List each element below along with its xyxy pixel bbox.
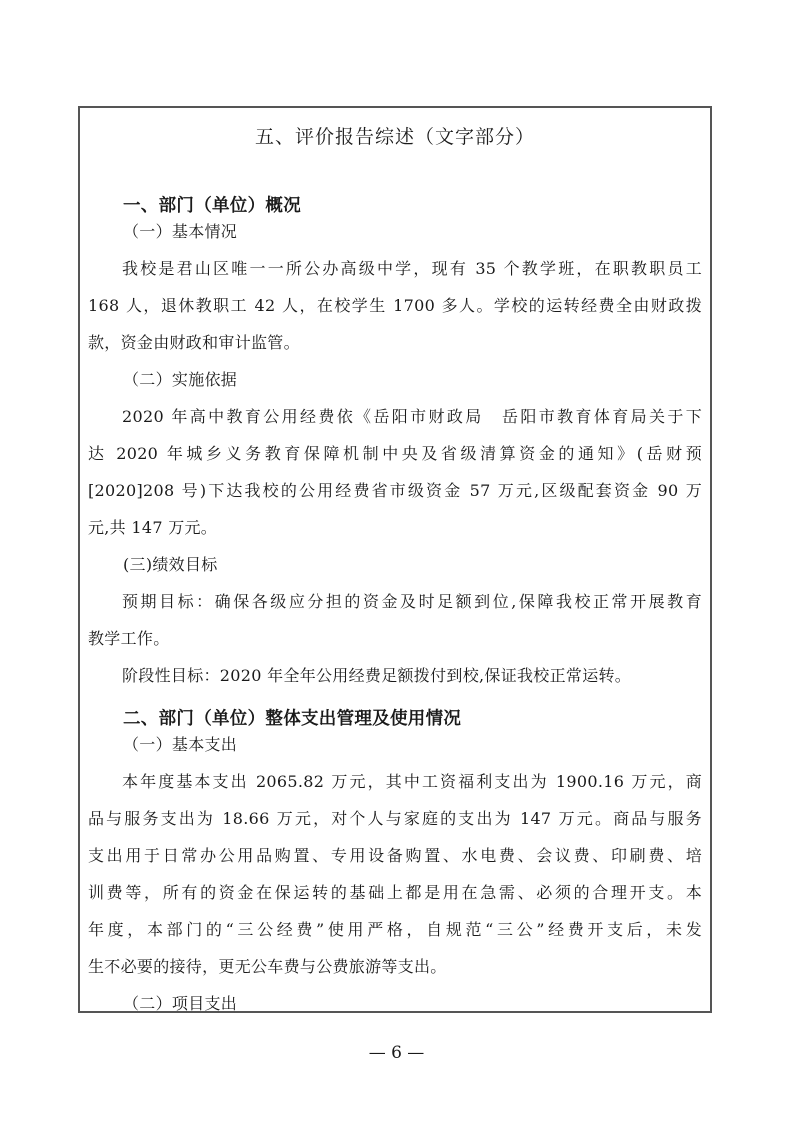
paragraph-line: 本年度基本支出 2065.82 万元，其中工资福利支出为 1900.16 万元，… — [80, 769, 710, 792]
subsection-heading-basis: （二）实施依据 — [123, 367, 710, 390]
paragraph-line: 2020 年高中教育公用经费依《岳阳市财政局 岳阳市教育体育局关于下 — [80, 404, 710, 427]
paragraph-line: 训费等，所有的资金在保运转的基础上都是用在急需、必须的合理开支。本 — [80, 880, 710, 903]
section-heading-expenditure: 二、部门（单位）整体支出管理及使用情况 — [123, 705, 710, 730]
section-heading-overview: 一、部门（单位）概况 — [123, 192, 710, 217]
paragraph-line: 年度，本部门的“三公经费”使用严格，自规范“三公”经费开支后，未发 — [80, 917, 710, 940]
paragraph-line: 品与服务支出为 18.66 万元，对个人与家庭的支出为 147 万元。商品与服务 — [80, 806, 710, 829]
page-number: — 6 — — [0, 1043, 793, 1063]
paragraph-line: [2020]208 号)下达我校的公用经费省市级资金 57 万元,区级配套资金 … — [80, 478, 710, 501]
paragraph-line: 款，资金由财政和审计监管。 — [80, 330, 710, 353]
subsection-heading-project-expenditure: （二）项目支出 — [123, 991, 710, 1014]
paragraph-line: 教学工作。 — [80, 626, 710, 649]
paragraph-line: 达 2020 年城乡义务教育保障机制中央及省级清算资金的通知》(岳财预 — [80, 441, 710, 464]
document-title: 五、评价报告综述（文字部分） — [80, 122, 710, 149]
paragraph-line: 生不必要的接待，更无公车费与公费旅游等支出。 — [80, 954, 710, 977]
subsection-heading-goals: (三)绩效目标 — [123, 552, 710, 575]
paragraph-line: 我校是君山区唯一一所公办高级中学，现有 35 个教学班，在职教职员工 — [80, 256, 710, 279]
subsection-heading-basic-expenditure: （一）基本支出 — [123, 732, 710, 755]
subsection-heading-basic-info: （一）基本情况 — [123, 219, 710, 242]
report-frame: 五、评价报告综述（文字部分） 一、部门（单位）概况 （一）基本情况 我校是君山区… — [78, 106, 712, 1013]
paragraph-line: 支出用于日常办公用品购置、专用设备购置、水电费、会议费、印刷费、培 — [80, 843, 710, 866]
paragraph-line: 阶段性目标：2020 年全年公用经费足额拨付到校,保证我校正常运转。 — [80, 663, 710, 686]
paragraph-line: 预期目标：确保各级应分担的资金及时足额到位,保障我校正常开展教育 — [80, 589, 710, 612]
paragraph-line: 元,共 147 万元。 — [80, 515, 710, 538]
paragraph-line: 168 人，退休教职工 42 人，在校学生 1700 多人。学校的运转经费全由财… — [80, 293, 710, 316]
